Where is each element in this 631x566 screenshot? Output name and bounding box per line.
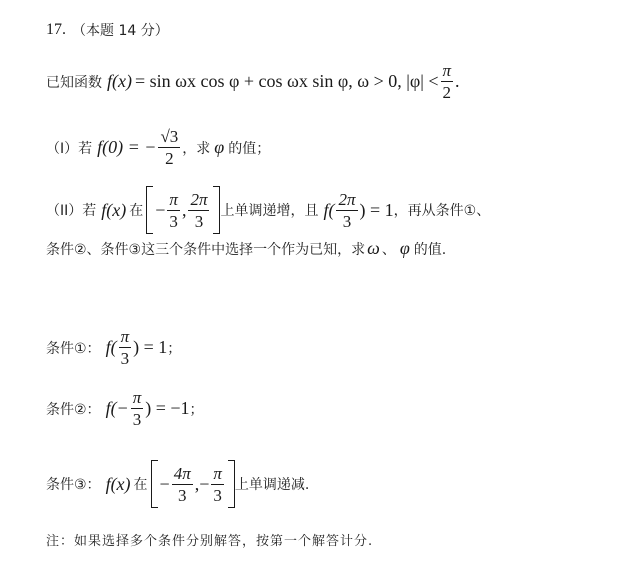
problem-header: 17. （本题 14 分） [46, 20, 169, 40]
condition-2: 条件②： f(− π 3 ) = −1 ； [46, 389, 204, 428]
interval-end-fraction: 2π 3 [188, 191, 209, 230]
scoring-note: 注：如果选择多个条件分别解答，按第一个解答计分. [46, 530, 373, 549]
right-bracket [213, 186, 220, 234]
left-bracket [146, 186, 153, 234]
left-bracket [151, 460, 158, 508]
condition-2-fraction: π 3 [131, 389, 144, 428]
problem-number: 17. [46, 21, 66, 39]
condition-3-end-fraction: π 3 [211, 465, 224, 504]
given-prefix: 已知函数 [46, 72, 102, 92]
points-label: （本题 14 分） [72, 20, 169, 40]
condition-1-fraction: π 3 [119, 328, 132, 367]
function-lhs: f(x) [107, 71, 132, 92]
part-1-label: （I）若 [46, 138, 92, 158]
two-pi-over-3-fraction: 2π 3 [336, 191, 357, 230]
part-1-expr: f(0) = − [97, 137, 156, 158]
right-bracket [228, 460, 235, 508]
sqrt3-over-2-fraction: √3 2 [158, 128, 180, 167]
part-2-label: （II）若 [46, 200, 96, 220]
function-rhs: = sin ωx cos φ + cos ωx sin φ, ω > 0, |φ… [135, 71, 439, 92]
condition-1: 条件①： f( π 3 ) = 1 ； [46, 328, 181, 367]
condition-3-start-fraction: 4π 3 [172, 465, 193, 504]
part-2-continued: 条件②、条件③这三个条件中选择一个作为已知，求 ω 、 φ 的值. [46, 238, 446, 259]
condition-3: 条件③： f(x) 在 − 4π 3 , − π 3 上单调递减. [46, 460, 309, 508]
phi-bound-fraction: π 2 [441, 62, 454, 101]
given-function: 已知函数 f(x) = sin ωx cos φ + cos ωx sin φ,… [46, 62, 460, 101]
part-1: （I）若 f(0) = − √3 2 ，求 φ 的值； [46, 128, 270, 167]
interval-start-fraction: π 3 [167, 191, 180, 230]
part-2: （II）若 f(x) 在 − π 3 , 2π 3 上单调递增，且 f( 2π … [46, 186, 490, 234]
